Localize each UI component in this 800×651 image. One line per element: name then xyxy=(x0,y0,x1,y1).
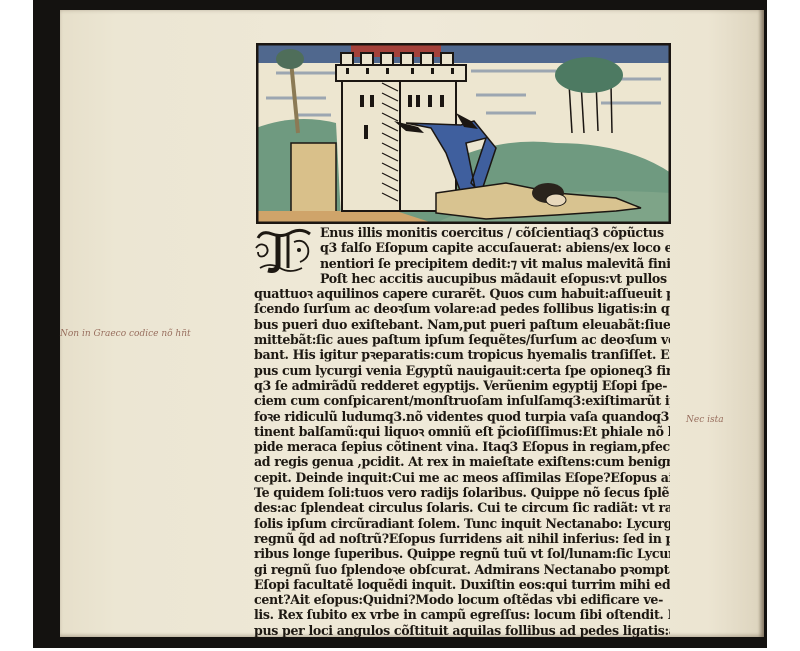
text-line-14: tinent balſamũ:qui liquoꝛ omniũ eſt p̃ci… xyxy=(254,424,670,439)
text-line-22: ribus longe ſuperibus. Quippe regnũ tuũ … xyxy=(254,546,670,561)
text-line-19: des:ac ſplendeat circulus ſolaris. Cui t… xyxy=(254,500,670,515)
text-line-5: quattuoꝛ aquilinos capere curarẽt. Quos … xyxy=(254,286,670,301)
text-line-9: bant. His igitur pꝛeparatis:cum tropicus… xyxy=(254,347,670,362)
woodcut-illustration xyxy=(256,43,671,224)
text-line-15: pide meraca ſepius cõtinent vina. Itaq3 … xyxy=(254,439,670,454)
text-line-12: ciem cum conſpicarent/monſtruoſam inſulſ… xyxy=(254,393,670,408)
text-line-10: pus cum lycurgi venia Egyptũ nauigauit:c… xyxy=(254,363,670,378)
main-text-block: Enus illis monitis coercitus / cõſcienti… xyxy=(254,225,670,638)
text-line-23: gi regnũ ſuo ſplendoꝛe obſcurat. Admiran… xyxy=(254,562,670,577)
text-line-20: ſolis ipſum circũradiant ſolem. Tunc inq… xyxy=(254,516,670,531)
text-line-2: q3 falſo Eſopum capite accuſauerat: abie… xyxy=(254,240,670,255)
text-line-24: Eſopi facultatẽ loquẽdi inquit. Duxiſtin… xyxy=(254,577,670,592)
text-line-25: cent?Ait eſopus:Quidni?Modo locum oſtẽda… xyxy=(254,592,670,607)
text-line-8: mittebãt:ſic aues paſtum ipſum ſequẽtes/… xyxy=(254,332,670,347)
marginal-note-right: Nec ista xyxy=(686,415,724,425)
text-line-21: regnũ q̃d ad noſtrũ?Eſopus ſurridens ait… xyxy=(254,531,670,546)
text-line-4: Poſt hec accitis aucupibus mãdauit eſopu… xyxy=(254,271,670,286)
text-line-6: ſcendo ſurſum ac deoꝛſum volare:ad pedes… xyxy=(254,301,670,316)
page-edge-shadow xyxy=(758,10,764,637)
text-line-18: Te quidem ſoli:tuos vero radijs ſolaribu… xyxy=(254,485,670,500)
text-line-13: foꝛe ridiculũ ludumq3.nõ videntes quod t… xyxy=(254,409,670,424)
marginal-note-left: Non in Graeco codice nõ hn̄t xyxy=(60,329,191,339)
text-line-3: nentiori ſe precipitem dedit:⁊ vit malus… xyxy=(254,256,670,271)
decorated-initial-t xyxy=(254,228,316,274)
text-line-26: lis. Rex ſubito ex vrbe in campũ egreſſu… xyxy=(254,607,670,622)
text-line-1: Enus illis monitis coercitus / cõſcienti… xyxy=(254,225,670,240)
text-line-17: cepit. Deinde inquit:Cui me ac meos aſſi… xyxy=(254,470,670,485)
text-line-11: q3 ſe admirãdũ redderet egyptijs. Verũen… xyxy=(254,378,670,393)
text-line-7: bus pueri duo exiſtebant. Nam,put pueri … xyxy=(254,317,670,332)
text-line-27: pus per loci angulos cõſtituit aquilas f… xyxy=(254,623,670,638)
text-line-16: ad regis genua ,pcidit. At rex in maieſt… xyxy=(254,454,670,469)
